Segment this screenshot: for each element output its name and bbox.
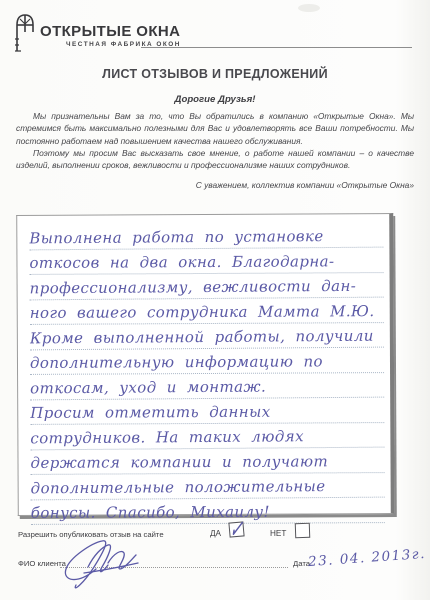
handwritten-line: дополнительную информацию по <box>30 348 384 375</box>
handwritten-line: Выполнена работа по установке <box>29 223 383 251</box>
handwritten-line: бонусы. Спасибо, Михаилу! <box>31 498 385 525</box>
intro-paragraph-1: Мы признательны Вам за то, что Вы обрати… <box>16 110 414 147</box>
sheet-title: ЛИСТ ОТЗЫВОВ И ПРЕДЛОЖЕНИЙ <box>0 67 430 81</box>
handwritten-line: Просим отметить данных <box>30 398 384 425</box>
intro-paragraph-2: Поэтому мы просим Вас высказать свое мне… <box>16 147 414 172</box>
client-signature <box>58 533 158 595</box>
handwritten-line: сотрудников. На таких людях <box>30 423 384 451</box>
review-writing-area[interactable]: Выполнена работа по установке откосов на… <box>16 213 395 516</box>
publish-yes-checkbox[interactable] <box>228 521 244 537</box>
date-value-handwritten: 23. 04. 2013г. <box>308 546 427 570</box>
greeting: Дорогие Друзья! <box>0 94 430 105</box>
scan-smudge <box>298 4 320 12</box>
intro-text: Мы признательны Вам за то, что Вы обрати… <box>16 110 414 172</box>
arched-window-logo-icon <box>13 12 37 52</box>
company-name: ОТКРЫТЫЕ ОКНА <box>40 24 181 39</box>
handwritten-line: дополнительные положительные <box>31 473 385 501</box>
handwritten-line: Кроме выполненной работы, получили <box>30 323 384 351</box>
publish-yes-label: ДА <box>210 529 221 538</box>
signoff: С уважением, коллектив компании «Открыты… <box>196 180 414 190</box>
handwritten-line: держатся компании и получают <box>30 448 384 475</box>
handwritten-line: откосов на два окна. Благодарна- <box>29 248 383 275</box>
header-rule <box>141 47 412 48</box>
check-icon <box>228 520 248 540</box>
company-logo: ОТКРЫТЫЕ ОКНА ЧЕСТНАЯ ФАБРИКА ОКОН <box>13 12 181 52</box>
feedback-sheet: ОТКРЫТЫЕ ОКНА ЧЕСТНАЯ ФАБРИКА ОКОН ЛИСТ … <box>0 0 430 600</box>
handwritten-line: ного вашего сотрудника Мамта М.Ю. <box>30 298 384 325</box>
handwritten-line: откосам, уход и монтаж. <box>30 373 384 401</box>
publish-no-label: НЕТ <box>270 529 286 538</box>
publish-no-checkbox[interactable] <box>295 523 311 539</box>
handwritten-line: профессионализму, вежливости дан- <box>29 273 383 301</box>
